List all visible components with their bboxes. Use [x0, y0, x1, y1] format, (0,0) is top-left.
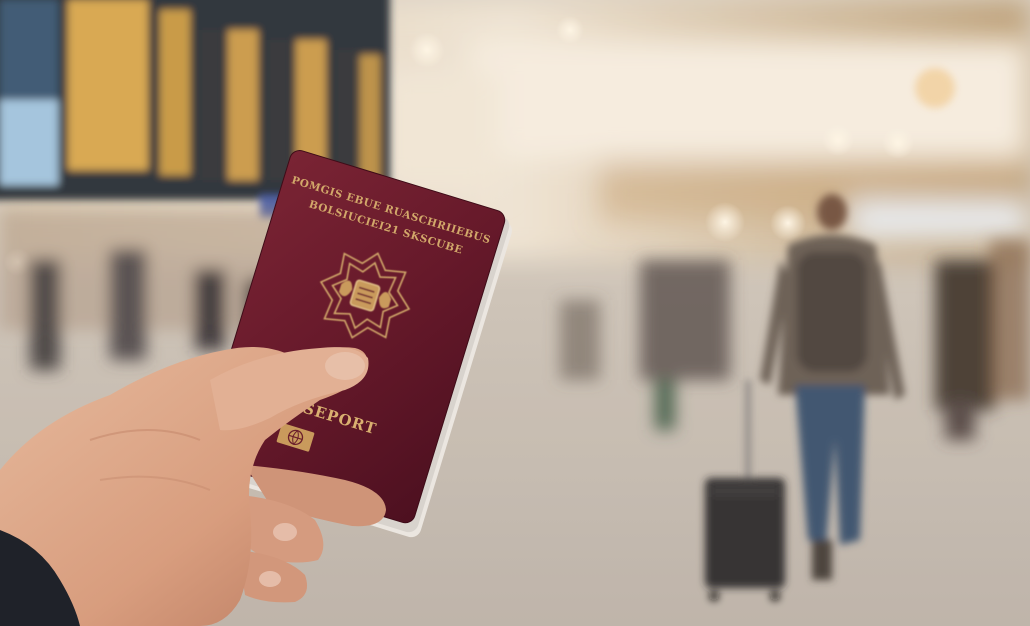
photo-scene: POMGIS EBUE RUASCHRIIEBUS BOLSIUCIEI21 S… — [0, 0, 1030, 626]
